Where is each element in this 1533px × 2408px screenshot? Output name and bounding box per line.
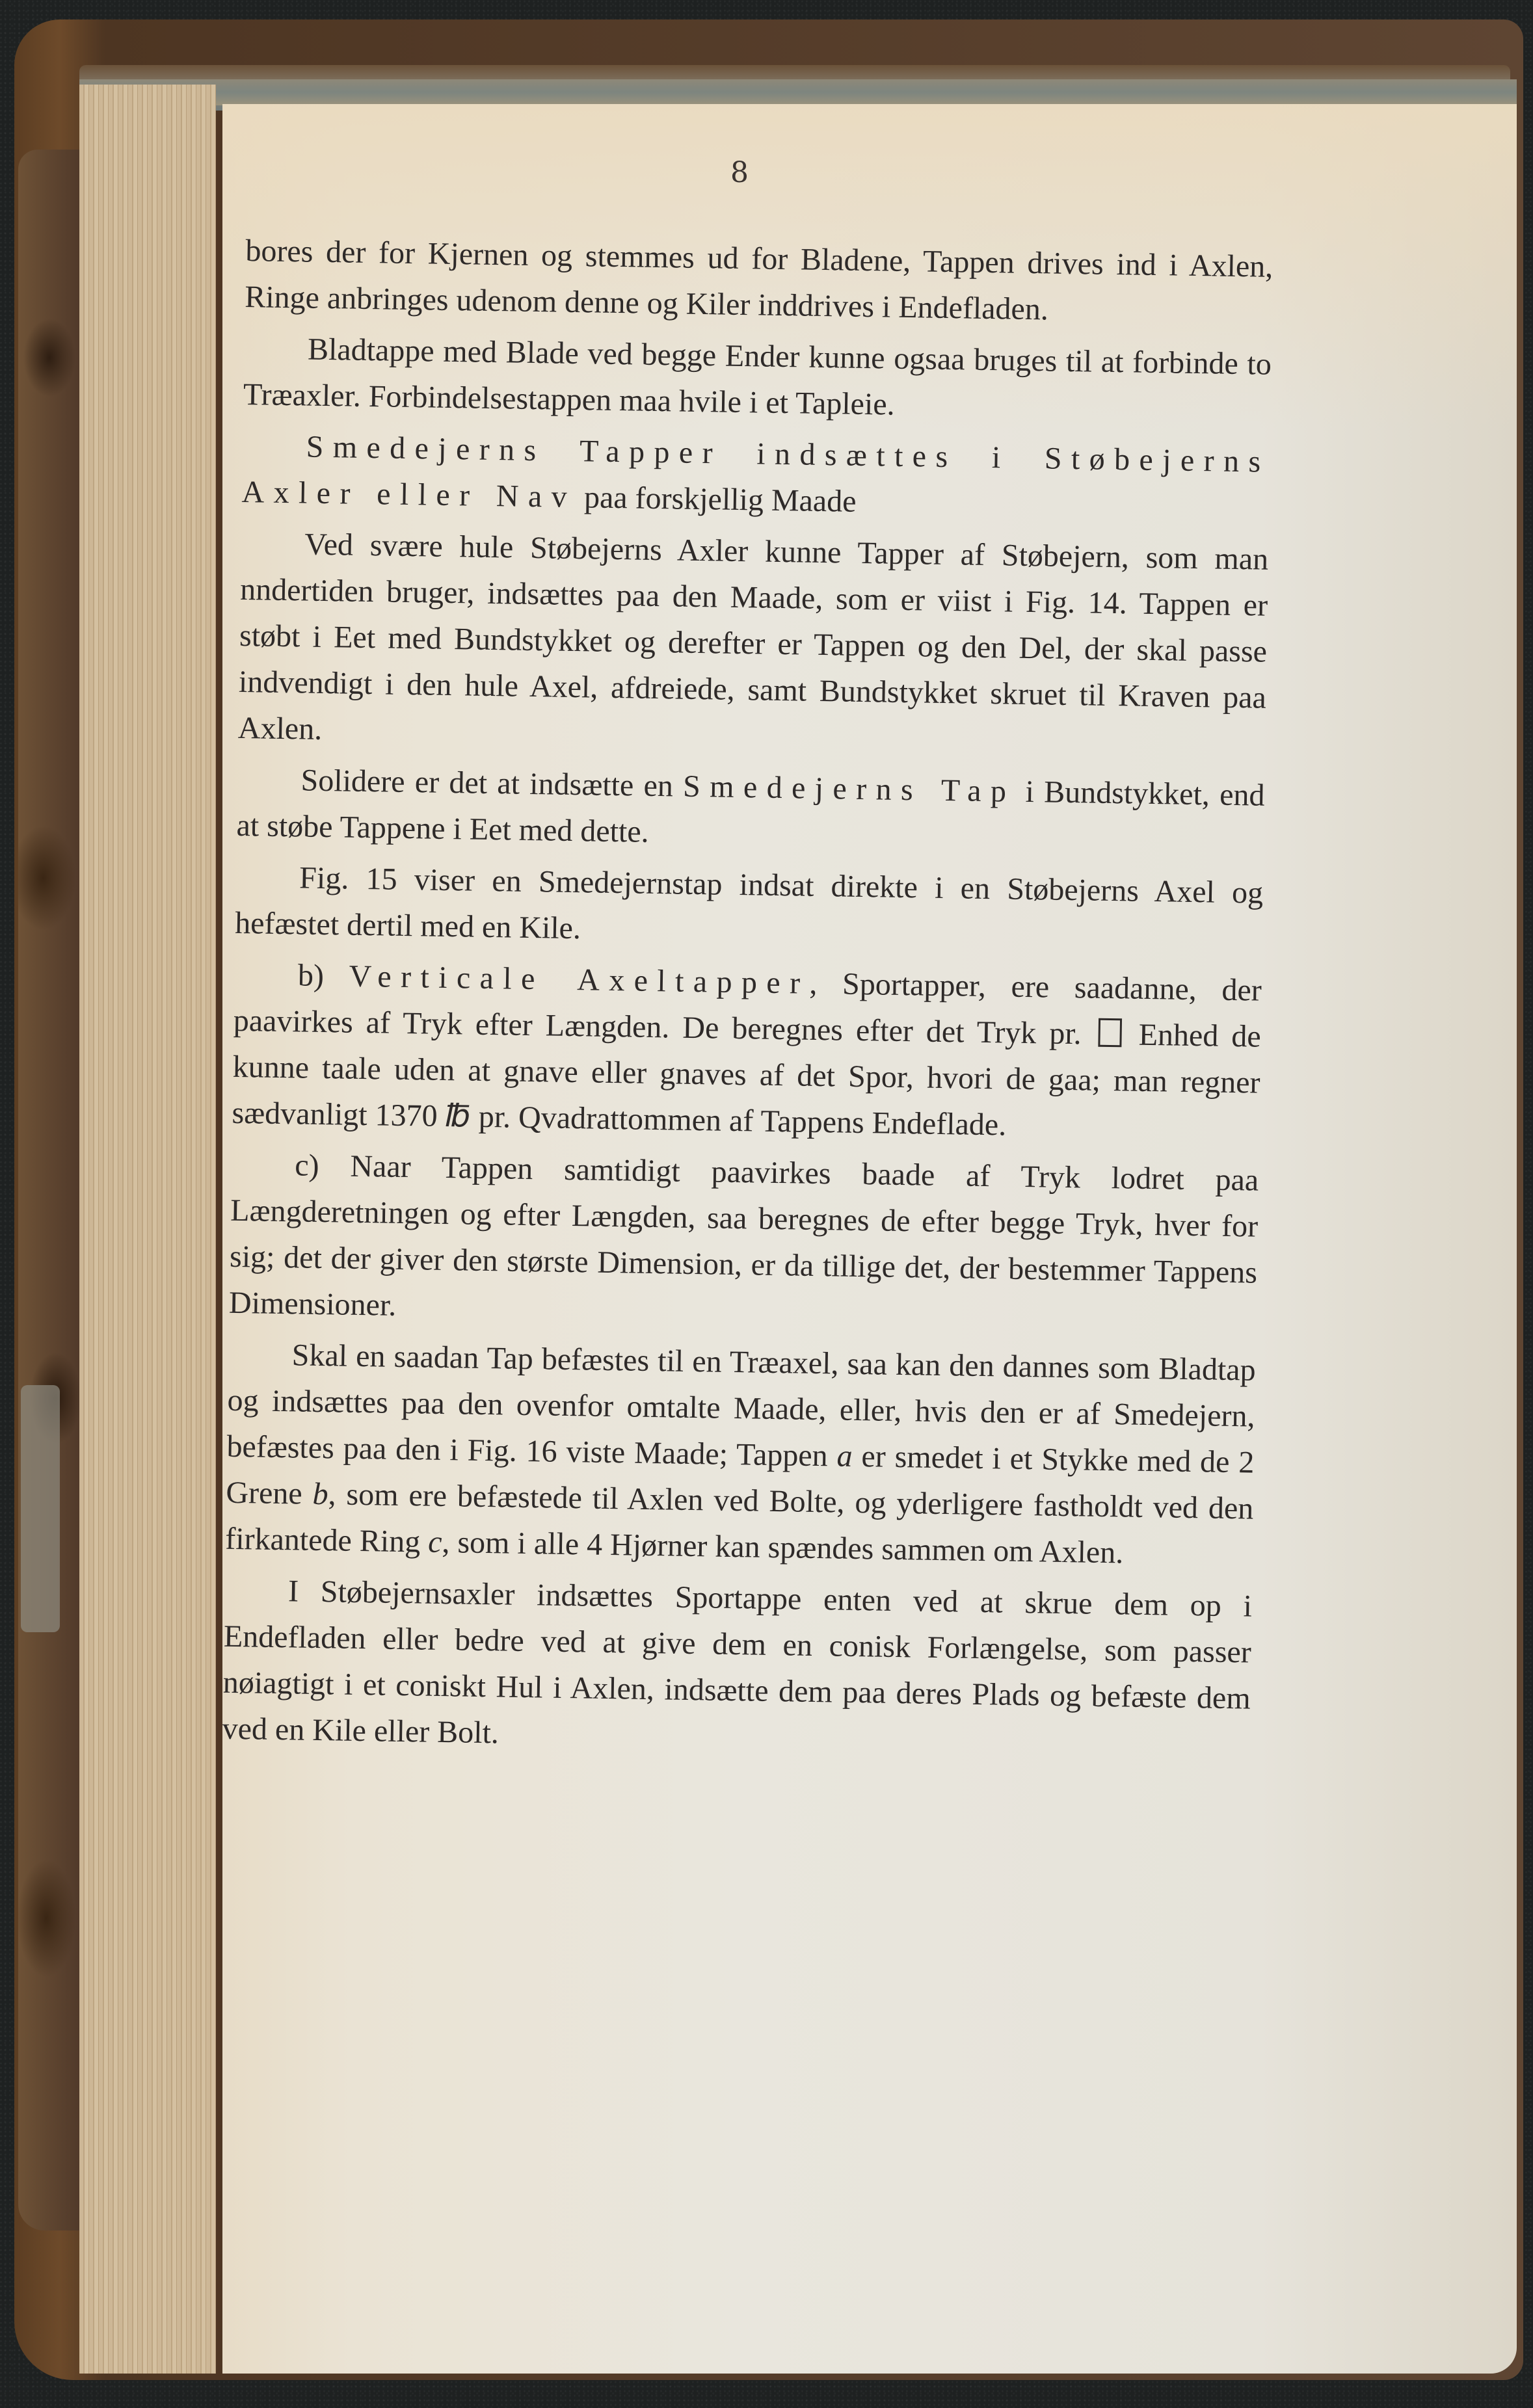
paragraph-5: Solidere er det at indsætte en Smedejern… (236, 756, 1265, 865)
paragraph-text: pr. Qvadrattommen af Tappens Endeflade. (470, 1100, 1006, 1143)
paragraph-1: bores der for Kjernen og stemmes ud for … (245, 228, 1273, 336)
spaced-term: Verticale Axeltapper (349, 959, 810, 1001)
paragraph-text: bores der for Kjernen og stemmes ud for … (245, 233, 1273, 326)
list-label: b) (298, 958, 350, 993)
spaced-term: Smedejerns Tap (683, 769, 1016, 809)
body-text: bores der for Kjernen og stemmes ud for … (222, 228, 1273, 1773)
square-unit-icon (1098, 1018, 1122, 1048)
paragraph-text: Solidere er det at indsætte en (300, 763, 683, 803)
paragraph-text: c) Naar Tappen samtidigt paavirkes baade… (229, 1148, 1259, 1322)
page-stack-top-edge (79, 79, 1517, 105)
paragraph-text: paa forskjellig Maade (576, 480, 857, 519)
paragraph-text: I Støbejernsaxler indsættes Sportappe en… (222, 1574, 1252, 1750)
figure-label-c: c (428, 1525, 442, 1559)
pound-weight-icon: ℔ (445, 1098, 471, 1135)
paragraph-4: Ved svære hule Støbejerns Axler kunne Ta… (237, 520, 1268, 767)
figure-label-b: b (312, 1477, 328, 1511)
paragraph-2: Bladtappe med Blade ved begge Ender kunn… (243, 325, 1272, 434)
worn-spine-edge (18, 150, 81, 2230)
paragraph-10: I Støbejernsaxler indsættes Sportappe en… (222, 1567, 1252, 1768)
paragraph-7-vertical-journals: b) Verticale Axeltapper, Sportapper, ere… (232, 951, 1262, 1152)
paragraph-9: Skal en saadan Tap befæstes til en Træax… (225, 1331, 1256, 1578)
paragraph-text: , som i alle 4 Hjørner kan spændes samme… (442, 1525, 1124, 1570)
paragraph-3-section-heading: Smedejerns Tapper indsættes i Støbejerns… (241, 423, 1270, 531)
page-number: 8 (730, 156, 749, 189)
paragraph-text: Fig. 15 viser en Smedejernstap indsat di… (235, 860, 1264, 946)
paragraph-text: Ved svære hule Støbejerns Axler kunne Ta… (237, 527, 1268, 746)
paragraph-6: Fig. 15 viser en Smedejernstap indsat di… (235, 854, 1264, 962)
paragraph-8: c) Naar Tappen samtidigt paavirkes baade… (228, 1141, 1259, 1342)
page-stack-edges (79, 85, 216, 2374)
paragraph-text: Bladtappe med Blade ved begge Ender kunn… (243, 332, 1272, 422)
torn-cover-patch (21, 1385, 60, 1632)
figure-label-a: a (836, 1439, 853, 1474)
